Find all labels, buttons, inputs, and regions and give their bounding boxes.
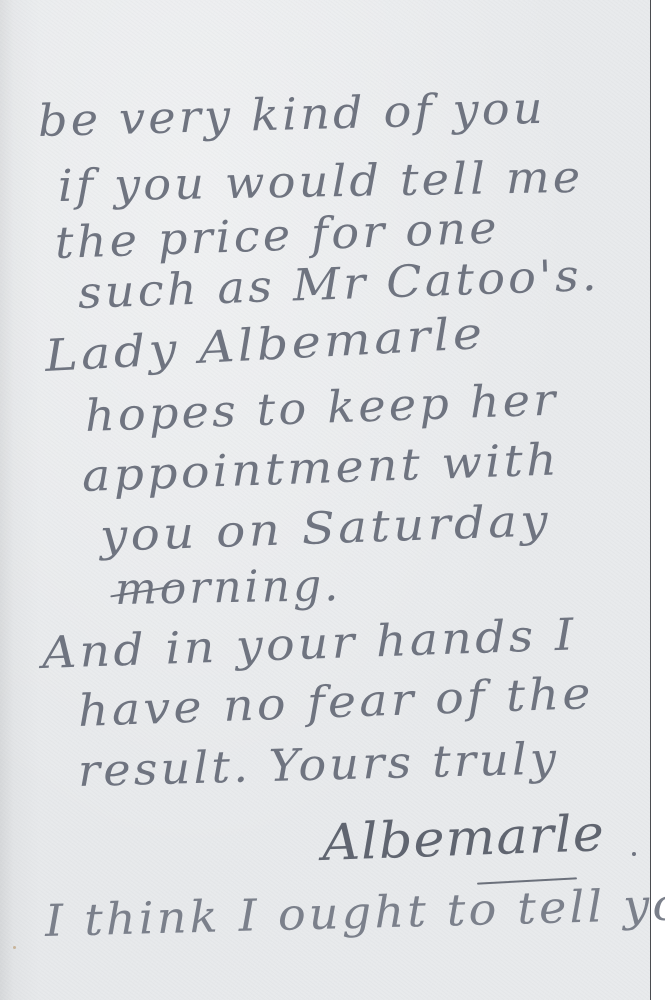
letter-line-10: And in your hands I: [41, 613, 577, 676]
letter-line-11: have no fear of the: [77, 672, 594, 734]
letter-page: be very kind of you if you would tell me…: [0, 0, 651, 1000]
letter-line-12: result. Yours truly: [77, 737, 559, 794]
letter-line-9: morning.: [115, 564, 342, 612]
letter-line-1: be very kind of you: [37, 87, 546, 144]
letter-line-7: appointment with: [81, 438, 560, 499]
letter-line-2: if you would tell me: [58, 156, 584, 209]
letter-line-5: Lady Albemarle: [44, 312, 487, 379]
signature: Albemarle: [321, 808, 605, 868]
letter-line-8: you on Saturday: [99, 499, 551, 559]
paper-speck: [13, 946, 16, 949]
signature-period: [632, 852, 636, 856]
postscript-line: I think I ought to tell you: [44, 882, 665, 944]
letter-line-6: hopes to keep her: [84, 378, 559, 439]
